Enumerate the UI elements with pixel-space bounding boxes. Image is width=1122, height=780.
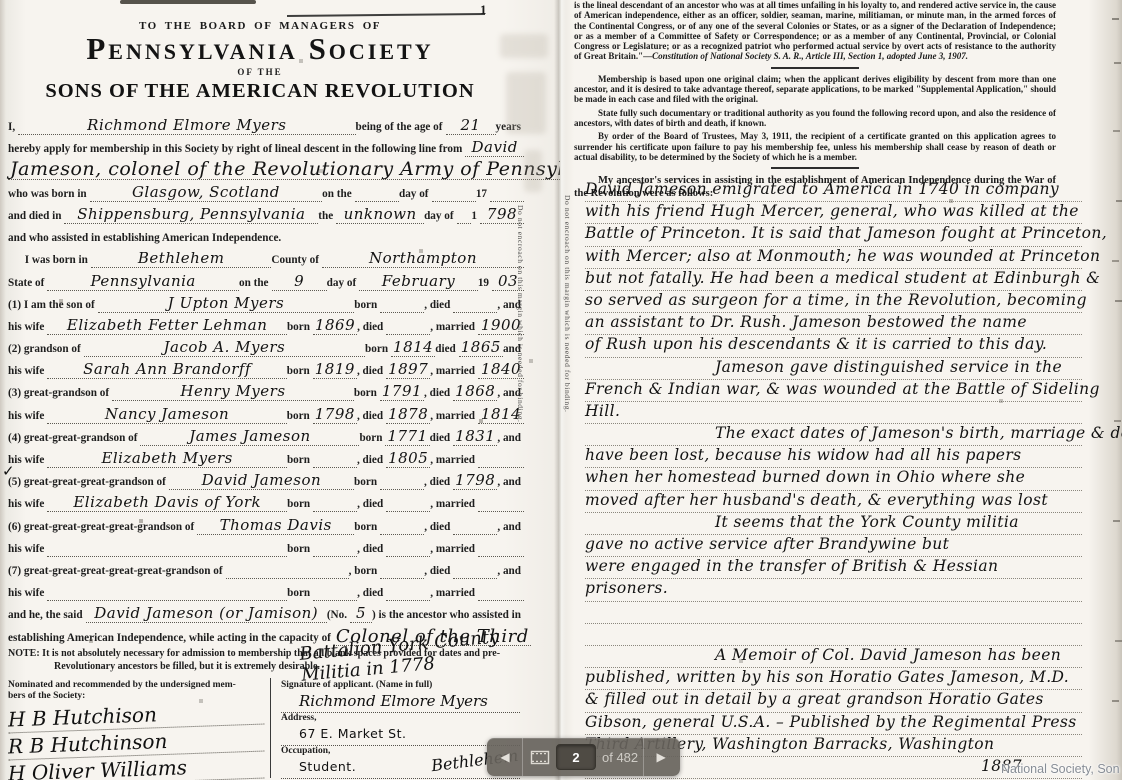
handwriting-line: A Memoir of Col. David Jameson has been xyxy=(585,646,1082,668)
handwritten-entry: 1869 xyxy=(313,318,357,335)
printed-label: his wife xyxy=(8,587,47,601)
form-line: State ofPennsylvaniaon the9day ofFebruar… xyxy=(8,268,524,290)
printed-label: born xyxy=(287,587,313,601)
handwriting-line: with Mercer; also at Monmouth; he was wo… xyxy=(585,247,1082,269)
ancestor-services-handwriting: David Jameson emigrated to America in 17… xyxy=(585,180,1082,779)
handwritten-entry: Elizabeth Fetter Lehman xyxy=(47,318,287,335)
handwritten-entry: 1771 xyxy=(385,429,429,446)
printed-label: born xyxy=(287,365,313,379)
handwritten-entry: 1868 xyxy=(453,384,497,401)
printed-label: , married xyxy=(430,543,478,557)
applicant-signature: Richmond Elmore Myers xyxy=(281,691,520,713)
handwritten-entry: 21 xyxy=(446,118,496,135)
printed-label: his wife xyxy=(8,410,47,424)
printed-label: , died xyxy=(424,521,453,535)
handwritten-entry: 1865 xyxy=(459,340,503,357)
form-line: (5) great-great-great-grandson ofDavid J… xyxy=(8,468,524,490)
handwritten-entry xyxy=(386,510,430,512)
printed-label: and he, the said xyxy=(8,609,86,623)
printed-label: born xyxy=(287,543,313,557)
handwriting-line: of Rush upon his descendants & it is car… xyxy=(585,335,1082,357)
handwritten-entry: Pennsylvania xyxy=(47,274,239,291)
handwriting-line: The exact dates of Jameson's birth, marr… xyxy=(585,424,1082,446)
handwritten-entry xyxy=(47,555,287,557)
printed-label: County of xyxy=(271,254,322,268)
printed-label: , died xyxy=(357,365,386,379)
handwriting-line xyxy=(585,602,1082,624)
printed-label: being of the age of xyxy=(356,121,446,135)
handwriting-line: It seems that the York County militia xyxy=(585,513,1082,535)
handwritten-entry: Jacob A. Myers xyxy=(84,340,365,357)
divider-rule xyxy=(771,167,859,169)
handwritten-entry: David Jameson (or Jamison) xyxy=(86,606,327,623)
applicant-address: 67 E. Market St. xyxy=(281,724,520,746)
handwritten-entry: Elizabeth Myers xyxy=(47,451,287,468)
handwriting-line: David Jameson emigrated to America in 17… xyxy=(585,180,1082,202)
printed-label: (1) I am the son of xyxy=(8,299,98,313)
handwritten-entry xyxy=(453,577,497,579)
printed-label: , died xyxy=(357,321,386,335)
printed-label: born xyxy=(287,498,313,512)
source-watermark: National Society, Son xyxy=(1001,762,1120,776)
handwritten-entry: Glasgow, Scotland xyxy=(90,185,323,202)
handwritten-entry: 5 xyxy=(350,606,372,623)
handwritten-entry: 1878 xyxy=(386,407,430,424)
left-page-scan: 1 TO THE BOARD OF MANAGERS OF Pennsylvan… xyxy=(0,0,560,780)
form-line: his wifeSarah Ann Brandorffborn1819, die… xyxy=(8,357,524,379)
nomination-column: Nominated and recommended by the undersi… xyxy=(8,678,270,778)
toolbar-divider xyxy=(643,738,644,776)
handwritten-entry xyxy=(386,333,430,335)
header-of-the: OF THE xyxy=(0,67,520,77)
authority-paragraph: State fully such documentary or traditio… xyxy=(574,108,1056,129)
handwriting-line xyxy=(585,624,1082,646)
note-text: It is not absolutely necessary for admis… xyxy=(40,648,500,672)
handwritten-entry xyxy=(453,533,497,535)
handwritten-entry xyxy=(313,466,357,468)
printed-label: , married xyxy=(430,365,478,379)
handwritten-entry: 9 xyxy=(272,274,327,291)
page-seam xyxy=(554,0,566,780)
printed-label: , died xyxy=(357,543,386,557)
form-line: I,Richmond Elmore Myersbeing of the age … xyxy=(8,113,524,135)
printed-label: (6) great-great-great-great-grandson of xyxy=(8,521,197,535)
handwriting-line: French & Indian war, & was wounded at th… xyxy=(585,380,1082,402)
handwritten-entry xyxy=(47,599,287,601)
handwritten-entry: February xyxy=(359,274,478,291)
handwriting-line: an assistant to Dr. Rush. Jameson bestow… xyxy=(585,313,1082,335)
printed-label: born xyxy=(359,432,385,446)
printed-label: on the xyxy=(239,277,272,291)
handwritten-entry xyxy=(453,311,497,313)
handwriting-line: & filled out in detail by a great grands… xyxy=(585,690,1082,712)
handwritten-entry xyxy=(490,200,524,202)
next-arrow-icon: ▶ xyxy=(657,750,666,764)
printed-label: his wife xyxy=(8,543,47,557)
handwritten-entry: Richmond Elmore Myers xyxy=(18,118,355,135)
handwritten-entry: 1791 xyxy=(380,384,424,401)
page-number-input[interactable] xyxy=(556,744,596,770)
printed-label: day of xyxy=(327,277,360,291)
printed-label: his wife xyxy=(8,498,47,512)
handwritten-entry xyxy=(478,599,524,601)
printed-label: born xyxy=(354,476,380,490)
printed-label: (4) great-great-grandson of xyxy=(8,432,140,446)
handwriting-line: have been lost, because his widow had al… xyxy=(585,446,1082,468)
divider-rule xyxy=(771,67,859,69)
scan-artifact xyxy=(120,0,256,4)
eligibility-paragraph: is the lineal descendant of an ancestor … xyxy=(574,0,1056,62)
printed-label: 17 xyxy=(476,188,490,202)
printed-label: , and xyxy=(497,565,524,579)
form-line: (6) great-great-great-great-grandson ofT… xyxy=(8,512,524,534)
printed-label: born xyxy=(287,410,313,424)
partial-top-line: is the lineal descendant of an ancestor … xyxy=(574,0,836,10)
printed-label: , died xyxy=(357,410,386,424)
form-line: who was born inGlasgow, Scotlandon theda… xyxy=(8,180,524,202)
trustees-paragraph: By order of the Board of Trustees, May 3… xyxy=(574,131,1056,162)
handwritten-entry: unknown xyxy=(336,207,424,224)
page-total-label: of 482 xyxy=(602,750,638,765)
printed-label: , died xyxy=(424,476,453,490)
form-line: (2) grandson ofJacob A. Myersborn1814die… xyxy=(8,335,524,357)
printed-label: (7) great-great-great-great-great-grands… xyxy=(8,565,226,579)
handwritten-entry: 1814 xyxy=(391,340,435,357)
printed-label: 1 xyxy=(471,210,480,224)
handwritten-ink-line xyxy=(287,13,485,17)
scan-artifact xyxy=(500,34,548,58)
printed-label: born xyxy=(354,387,380,401)
printed-label: , died xyxy=(357,498,386,512)
handwritten-entry xyxy=(380,311,424,313)
application-form-lines: I,Richmond Elmore Myersbeing of the age … xyxy=(8,113,524,646)
printed-label: his wife xyxy=(8,321,47,335)
printed-label: born xyxy=(354,299,380,313)
previous-page-button[interactable]: ◀ xyxy=(493,738,517,776)
printed-label: , died xyxy=(424,565,453,579)
handwritten-entry xyxy=(313,599,357,601)
scan-noise xyxy=(0,0,2,2)
handwritten-entry xyxy=(478,555,524,557)
printed-label: , died xyxy=(424,299,453,313)
filmstrip-view-button[interactable] xyxy=(528,738,552,776)
handwritten-entry: Bethlehem xyxy=(91,251,272,268)
handwritten-entry xyxy=(457,222,472,224)
form-line: (7) great-great-great-great-great-grands… xyxy=(8,557,524,579)
handwritten-entry: David xyxy=(465,140,524,157)
printed-instructions: is the lineal descendant of an ancestor … xyxy=(574,0,1056,203)
printed-label: I was born in xyxy=(8,254,91,268)
handwritten-entry: Sarah Ann Brandorff xyxy=(47,362,286,379)
scan-artifact xyxy=(506,72,546,134)
printed-label: born xyxy=(287,454,313,468)
printed-label: , married xyxy=(430,321,478,335)
handwritten-entry: Northampton xyxy=(322,251,524,268)
form-line: hereby apply for membership in this Soci… xyxy=(8,135,524,157)
handwritten-entry: Shippensburg, Pennsylvania xyxy=(64,207,318,224)
right-page-scan: is the lineal descendant of an ancestor … xyxy=(560,0,1122,780)
form-line: his wifeborn, died, married xyxy=(8,579,524,601)
printed-label: , and xyxy=(497,521,524,535)
printed-label: , married xyxy=(430,454,478,468)
header-society: Pennsylvania Society xyxy=(0,32,520,66)
form-line: and died inShippensburg, Pennsylvaniathe… xyxy=(8,202,524,224)
printed-label: State of xyxy=(8,277,47,291)
form-line: (4) great-great-grandson ofJames Jameson… xyxy=(8,424,524,446)
page-number: 1 xyxy=(480,2,487,18)
binding-margin-note: Do not encroach on this margin which is … xyxy=(516,205,525,480)
handwriting-line: prisoners. xyxy=(585,579,1082,601)
printed-label: (2) grandson of xyxy=(8,343,84,357)
handwriting-line: moved after her husband's death, & every… xyxy=(585,491,1082,513)
printed-label: , born xyxy=(349,565,381,579)
printed-label: born xyxy=(365,343,391,357)
header-sons: SONS OF THE AMERICAN REVOLUTION xyxy=(0,80,520,103)
document-viewer: 1 TO THE BOARD OF MANAGERS OF Pennsylvan… xyxy=(0,0,1122,780)
handwritten-entry xyxy=(478,510,524,512)
printed-label: who was born in xyxy=(8,188,90,202)
form-line: his wifeElizabeth Davis of Yorkborn, die… xyxy=(8,490,524,512)
printed-label: day of xyxy=(424,210,457,224)
applicant-column: Signature of applicant. (Name in full) R… xyxy=(270,678,524,778)
printed-label: I, xyxy=(8,121,18,135)
handwritten-entry xyxy=(355,200,399,202)
handwritten-entry: 1798 xyxy=(313,407,357,424)
form-line: (1) I am the son ofJ Upton Myersborn, di… xyxy=(8,291,524,313)
form-header: TO THE BOARD OF MANAGERS OF Pennsylvania… xyxy=(0,20,520,103)
printed-label: (No. xyxy=(327,609,350,623)
printed-label: hereby apply for membership in this Soci… xyxy=(8,143,465,157)
handwriting-line: published, written by his son Horatio Ga… xyxy=(585,668,1082,690)
toolbar-divider xyxy=(522,738,523,776)
handwriting-line: Gibson, general U.S.A. – Published by th… xyxy=(585,713,1082,735)
printed-label: born xyxy=(287,321,313,335)
form-line: his wifeElizabeth Fetter Lehmanborn1869,… xyxy=(8,313,524,335)
handwriting-line: gave no active service after Brandywine … xyxy=(585,535,1082,557)
printed-label: and who assisted in establishing America… xyxy=(8,232,284,246)
handwritten-entry xyxy=(432,200,476,202)
form-line: I was born inBethlehemCounty ofNorthampt… xyxy=(8,246,524,268)
handwriting-line: when her homestead burned down in Ohio w… xyxy=(585,468,1082,490)
form-line: Jameson, colonel of the Revolutionary Ar… xyxy=(8,157,524,179)
handwritten-entry: James Jameson xyxy=(140,429,359,446)
handwritten-entry xyxy=(380,533,424,535)
handwritten-entry: 1831 xyxy=(453,429,497,446)
printed-label: born xyxy=(354,521,380,535)
handwritten-entry: David Jameson xyxy=(169,473,354,490)
printed-label: 19 xyxy=(478,277,492,291)
check-mark-icon: ✓ xyxy=(2,462,15,480)
handwriting-line: with his friend Hugh Mercer, general, wh… xyxy=(585,202,1082,224)
printed-label: day of xyxy=(399,188,432,202)
printed-label: , married xyxy=(430,410,478,424)
nominator-signatures: H B HutchisonR B HutchinsonH Oliver Will… xyxy=(8,702,264,780)
printed-label: , died xyxy=(357,454,386,468)
form-line: (3) great-grandson ofHenry Myersborn1791… xyxy=(8,379,524,401)
handwritten-entry: Nancy Jameson xyxy=(47,407,286,424)
printed-label: (3) great-grandson of xyxy=(8,387,112,401)
scan-edge-marks xyxy=(1112,18,1119,20)
printed-label: died xyxy=(430,432,454,446)
handwritten-entry xyxy=(386,599,430,601)
handwritten-entry xyxy=(386,555,430,557)
handwriting-line: Jameson gave distinguished service in th… xyxy=(585,358,1082,380)
filmstrip-icon xyxy=(530,750,550,765)
form-line: and who assisted in establishing America… xyxy=(8,224,524,246)
signature-section: Nominated and recommended by the undersi… xyxy=(8,678,524,778)
scan-artifact xyxy=(524,150,542,192)
printed-label: establishing American Independence, whil… xyxy=(8,632,334,646)
signature-label: Signature of applicant. (Name in full) xyxy=(281,680,520,691)
pager-toolbar: ◀ of 482 ▶ xyxy=(487,738,680,776)
membership-paragraph: Membership is based upon one original cl… xyxy=(574,74,1056,105)
form-line: his wifeElizabeth Myersborn, died1805, m… xyxy=(8,446,524,468)
printed-label: the xyxy=(318,210,336,224)
note-label: NOTE: xyxy=(8,648,40,659)
handwritten-entry: Thomas Davis xyxy=(197,518,354,535)
handwritten-entry xyxy=(380,577,424,579)
handwritten-entry: Henry Myers xyxy=(112,384,354,401)
printed-label: (5) great-great-great-grandson of xyxy=(8,476,169,490)
handwritten-entry xyxy=(380,488,424,490)
printed-label: on the xyxy=(322,188,355,202)
handwriting-line: Battle of Princeton. It is said that Jam… xyxy=(585,224,1082,246)
printed-label: , died xyxy=(357,587,386,601)
handwritten-entry: J Upton Myers xyxy=(98,296,355,313)
printed-label: , married xyxy=(430,587,478,601)
constitution-citation: Constitution of National Society S. A. R… xyxy=(652,51,968,61)
handwriting-line: but not fatally. He had been a medical s… xyxy=(585,269,1082,291)
printed-label: , died xyxy=(424,387,453,401)
next-page-button[interactable]: ▶ xyxy=(649,738,673,776)
form-line: his wifeborn, died, married xyxy=(8,535,524,557)
handwritten-entry: 1819 xyxy=(313,362,357,379)
address-label: Address, xyxy=(281,713,520,724)
handwriting-line: Hill. xyxy=(585,402,1082,424)
previous-arrow-icon: ◀ xyxy=(500,750,509,764)
handwritten-entry: 1897 xyxy=(386,362,430,379)
printed-label: and died in xyxy=(8,210,64,224)
handwritten-entry xyxy=(313,555,357,557)
handwritten-entry xyxy=(226,577,349,579)
handwriting-line: were engaged in the transfer of British … xyxy=(585,557,1082,579)
handwritten-entry: Elizabeth Davis of York xyxy=(47,495,287,512)
printed-label: , married xyxy=(430,498,478,512)
handwritten-entry xyxy=(313,510,357,512)
form-line: and he, the saidDavid Jameson (or Jamiso… xyxy=(8,601,524,623)
handwriting-line: so served as surgeon for a time, in the … xyxy=(585,291,1082,313)
form-note: NOTE: It is not absolutely necessary for… xyxy=(8,647,559,673)
printed-label: ) is the ancestor who assisted in xyxy=(372,609,524,623)
handwritten-entry: 1805 xyxy=(386,451,430,468)
handwritten-entry: 1798 xyxy=(453,473,497,490)
printed-label: his wife xyxy=(8,365,47,379)
form-line: his wifeNancy Jamesonborn1798, died1878,… xyxy=(8,401,524,423)
printed-label: died xyxy=(435,343,459,357)
